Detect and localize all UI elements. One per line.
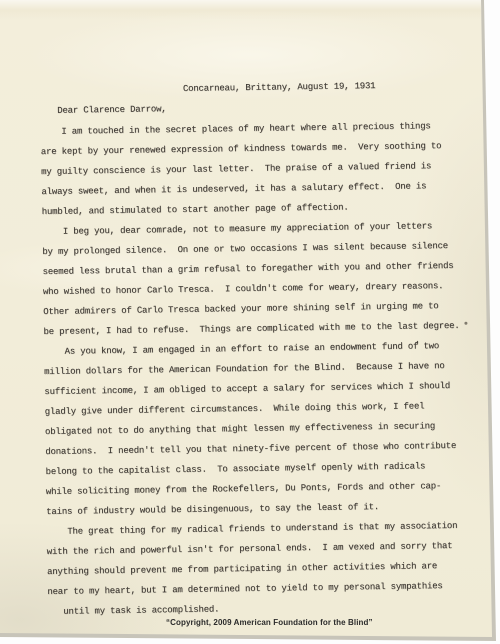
copyright-notice: “Copyright, 2009 American Foundation for… xyxy=(166,618,373,627)
letter-salutation: Dear Clarence Darrow, xyxy=(57,99,167,121)
stray-ink-mark: ' xyxy=(415,340,421,350)
ink-speck xyxy=(464,322,467,325)
typed-letter-content: Concarneau, Brittany, August 19, 1931 De… xyxy=(0,0,500,644)
scanned-letter-page: { "letter": { "dateline": "Concarneau, B… xyxy=(0,0,500,644)
letter-dateline: Concarneau, Brittany, August 19, 1931 xyxy=(183,76,376,99)
letter-body: I am touched in the secret places of my … xyxy=(40,116,463,622)
